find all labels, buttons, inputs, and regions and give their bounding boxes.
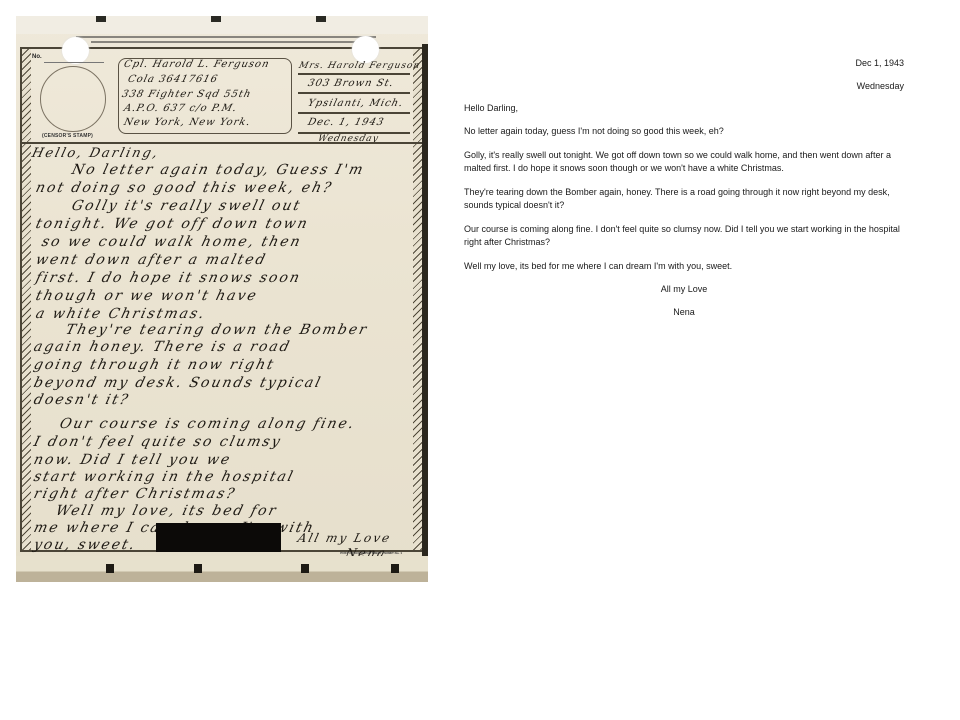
to-address-line: A.P.O. 637 c/o P.M. [123,103,239,114]
number-label: No. [32,54,42,60]
letter-paragraph: Our course is coming along fine. I don't… [464,223,904,249]
handwritten-line: now. Did I tell you we [32,452,233,468]
instruction-print-line [76,36,376,38]
to-address-line: Cpl. Harold L. Ferguson [123,59,271,70]
from-address-line: Ypsilanti, Mich. [307,98,405,109]
handwritten-line: start working in the hospital [32,469,296,485]
handwritten-line: not doing so good this week, eh? [34,180,335,196]
letter-paragraph: Golly, it's really swell out tonight. We… [464,149,904,175]
from-address-line: Mrs. Harold Ferguson [298,61,422,71]
letter-date: Dec 1, 1943 [855,57,904,70]
to-address-line: Cola 36417616 [127,74,220,85]
scanned-letter-image: No. (CENSOR'S STAMP) Cpl. Harold L. Ferg… [16,16,428,582]
to-address-line: 338 Fighter Sqd 55th [121,89,253,100]
handwritten-line: again honey. There is a road [32,339,293,355]
handwritten-line: you, sweet. [32,537,138,553]
film-tab [391,564,399,573]
handwritten-line: a white Christmas. [34,306,208,322]
letter-paragraph: They're tearing down the Bomber again, h… [464,186,904,212]
handwritten-line: went down after a malted [34,252,269,268]
handwritten-line: They're tearing down the Bomber [64,322,370,338]
handwritten-line: so we could walk home, then [40,234,304,250]
letter-paragraph: Well my love, its bed for me where I can… [464,260,904,273]
film-tab [106,564,114,573]
from-date-line: Dec. 1, 1943 [307,117,386,128]
censor-stamp-circle [40,66,106,132]
letter-closing: All my Love [464,283,904,296]
from-rule [298,92,410,94]
punch-hole-left [62,37,89,64]
handwritten-line: Hello, Darling, [30,146,161,161]
film-notch [316,16,326,22]
scan-top-margin [16,16,428,34]
handwritten-line: Golly it's really swell out [70,198,303,214]
scan-edge-shadow [422,44,428,556]
left-hatched-border [22,49,31,550]
form-footer-print: POST OFFICE DEPARTMENT PERMIT No. 1 [340,551,402,555]
handwritten-line: though or we won't have [34,288,260,304]
handwritten-line: Well my love, its bed for [54,503,279,519]
handwritten-line: beyond my desk. Sounds typical [32,375,324,391]
from-rule [298,73,410,75]
film-tab [194,564,202,573]
letter-signature: Nena [464,306,904,319]
letter-weekday: Wednesday [857,80,904,93]
handwritten-line: tonight. We got off down town [34,216,311,232]
to-address-line: New York, New York. [123,117,252,128]
letter-greeting: Hello Darling, [464,102,518,115]
handwritten-line: I don't feel quite so clumsy [32,434,284,450]
film-tab [301,564,309,573]
instruction-print-line [91,41,361,43]
film-notch [211,16,221,22]
header-divider [22,142,422,144]
punch-hole-right [352,36,379,63]
handwritten-line: No letter again today, Guess I'm [70,162,366,178]
handwritten-line: Our course is coming along fine. [58,416,357,432]
letter-paragraph: No letter again today, guess I'm not doi… [464,125,904,138]
film-notch [96,16,106,22]
handwritten-line: doesn't it? [32,392,131,408]
handwritten-closing: All my Love [296,531,393,545]
censor-stamp-label: (CENSOR'S STAMP) [42,133,93,139]
right-hatched-border [413,49,422,550]
handwritten-line: going through it now right [32,357,277,373]
handwritten-line: right after Christmas? [32,486,238,502]
handwritten-line: first. I do hope it snows soon [34,270,303,286]
from-rule [298,112,410,114]
from-address-line: 303 Brown St. [307,78,395,89]
redaction-block [156,523,281,552]
scan-bottom-margin [16,556,428,582]
number-line [44,62,104,63]
